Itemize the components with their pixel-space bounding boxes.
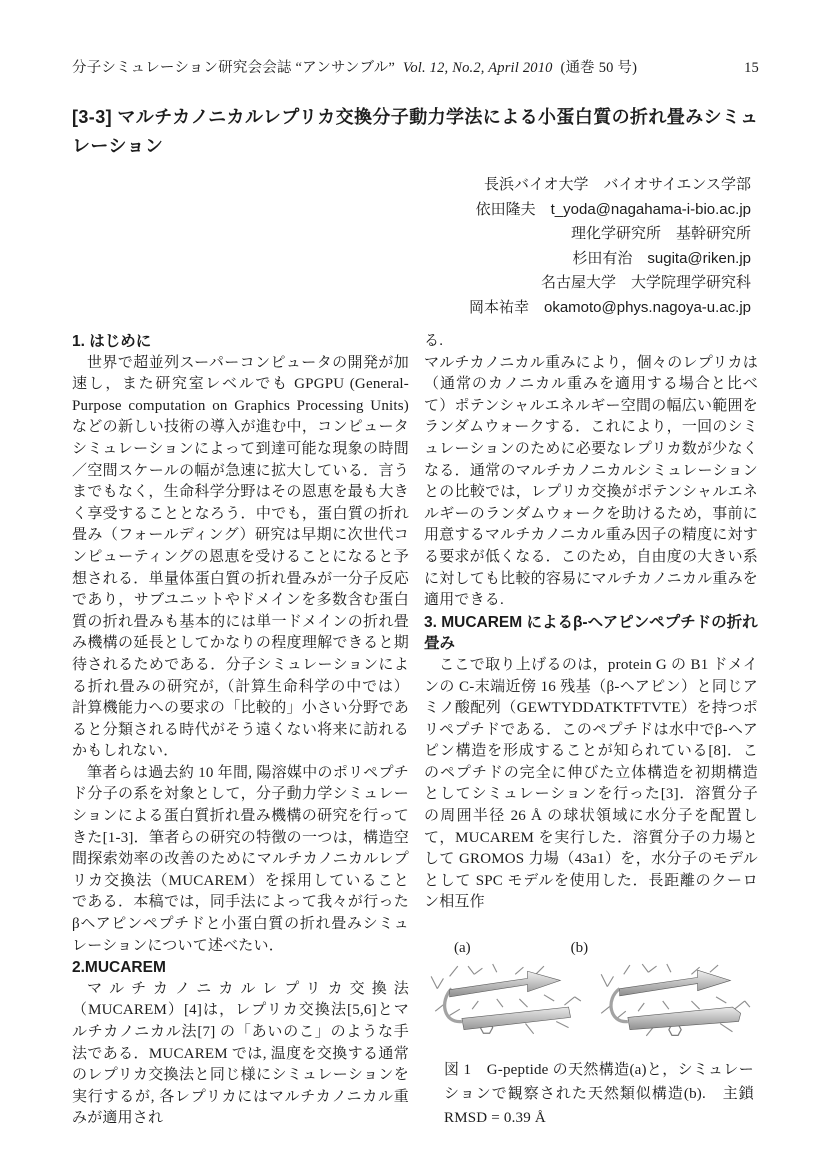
section-heading-mucarem: 2.MUCAREM (72, 957, 409, 979)
author-line: 杉田有治 sugita@riken.jp (271, 247, 751, 272)
section-heading-introduction: 1. はじめに (72, 331, 409, 353)
body-paragraph: 筆者らは過去約 10 年間, 陽溶媒中のポリペプチド分子の系を対象として，分子動… (72, 763, 409, 957)
body-paragraph-continuation: る. (424, 331, 758, 353)
right-column: る. マルチカノニカル重みにより，個々のレプリカは（通常のカノニカル重みを適用す… (424, 331, 758, 1130)
protein-structure-b-image (592, 962, 756, 1042)
body-paragraph: マルチカノニカル重みにより，個々のレプリカは（通常のカノニカル重みを適用する場合… (424, 353, 758, 612)
figure-1: (a) (b) (424, 938, 758, 1130)
page-number: 15 (744, 60, 759, 77)
affiliation-line: 理化学研究所 基幹研究所 (271, 222, 751, 247)
article-title: [3-3] マルチカノニカルレプリカ交換分子動力学法による小蛋白質の折れ畳みシミ… (72, 103, 772, 161)
body-paragraph: 世界で超並列スーパーコンピュータの開発が加速し，また研究室レベルでも GPGPU… (72, 353, 409, 763)
authors-block: 長浜バイオ大学 バイオサイエンス学部 依田隆夫 t_yoda@nagahama-… (271, 173, 751, 320)
section-heading-beta-hairpin: 3. MUCAREM によるβ-ヘアピンペプチドの折れ畳み (424, 612, 758, 655)
journal-header-line: 分子シミュレーション研究会会誌 “アンサンブル” Vol. 12, No.2, … (72, 56, 641, 77)
figure-images (424, 962, 758, 1042)
issue-number: (通巻 50 号) (560, 60, 637, 76)
figure-label-b: (b) (571, 938, 589, 960)
journal-title: 分子シミュレーション研究会会誌 “アンサンブル” (72, 60, 395, 76)
body-paragraph: マルチカノニカルレプリカ交換法（MUCAREM）[4]は，レプリカ交換法[5,6… (72, 979, 409, 1130)
paper-page: 分子シミュレーション研究会会誌 “アンサンブル” Vol. 12, No.2, … (0, 0, 827, 1170)
page-header: 分子シミュレーション研究会会誌 “アンサンブル” Vol. 12, No.2, … (72, 56, 759, 77)
figure-labels: (a) (b) (424, 938, 758, 960)
body-paragraph: ここで取り上げるのは，protein G の B1 ドメインの C-末端近傍 1… (424, 655, 758, 914)
figure-caption: 図 1 G-peptide の天然構造(a)と，シミュレーションで観察された天然… (444, 1058, 754, 1130)
author-line: 依田隆夫 t_yoda@nagahama-i-bio.ac.jp (271, 198, 751, 223)
figure-label-a: (a) (454, 938, 471, 960)
affiliation-line: 名古屋大学 大学院理学研究科 (271, 271, 751, 296)
affiliation-line: 長浜バイオ大学 バイオサイエンス学部 (271, 173, 751, 198)
left-column: 1. はじめに 世界で超並列スーパーコンピュータの開発が加速し，また研究室レベル… (72, 331, 409, 1130)
volume-info: Vol. 12, No.2, April 2010 (403, 60, 553, 76)
author-line: 岡本祐幸 okamoto@phys.nagoya-u.ac.jp (271, 296, 751, 321)
protein-structure-a-image (424, 962, 588, 1042)
